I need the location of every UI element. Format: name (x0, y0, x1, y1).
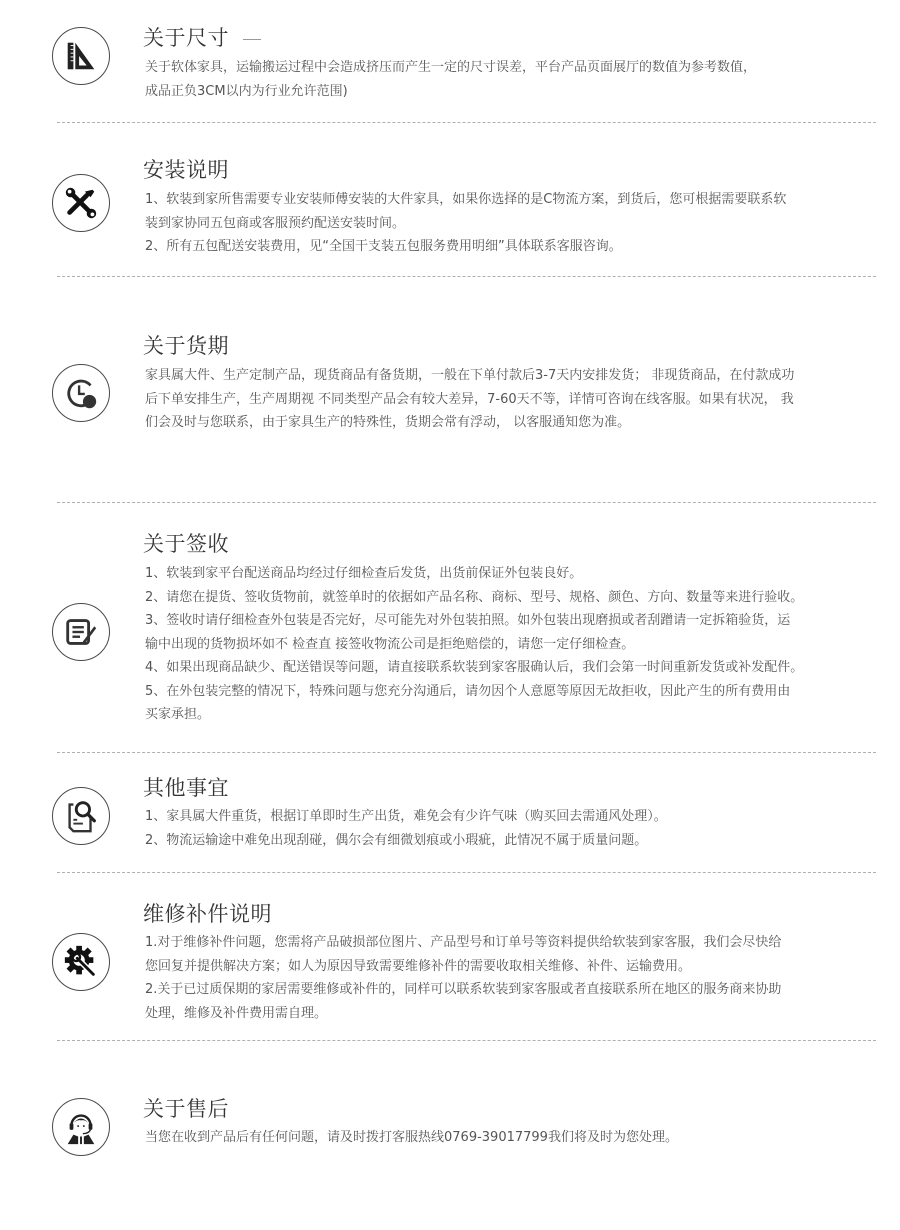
section-body: 当您在收到产品后有任何问题，请及时拨打客服热线0769-39017799我们将及… (145, 1126, 880, 1150)
body-line: 关于软体家具，运输搬运过程中会造成挤压而产生一定的尺寸误差，平台产品页面展厅的数… (145, 56, 880, 80)
body-line: 1、软装到家所售需要专业安装师傅安装的大件家具，如果你选择的是C物流方案，到货后… (145, 188, 880, 212)
body-line: 2、所有五包配送安装费用，见“全国干支装五包服务费用明细”具体联系客服咨询。 (145, 235, 880, 259)
divider (57, 872, 876, 873)
section-title: 关于签收 (143, 528, 229, 558)
body-line: 们会及时与您联系，由于家具生产的特殊性，货期会常有浮动， 以客服通知您为准。 (145, 411, 880, 435)
body-line: 成品正负3CM以内为行业允许范围) (145, 80, 880, 104)
section-body: 家具属大件、生产定制产品，现货商品有备货期，一般在下单付款后3-7天内安排发货；… (145, 364, 880, 435)
body-line: 1.对于维修补件问题，您需将产品破损部位图片、产品型号和订单号等资料提供给软装到… (145, 931, 880, 955)
clock-icon (52, 364, 110, 422)
body-line: 5、在外包装完整的情况下，特殊问题与您充分沟通后，请勿因个人意愿等原因无故拒收，… (145, 680, 880, 704)
wrench-screwdriver-icon (52, 174, 110, 232)
ruler-triangle-icon (52, 27, 110, 85)
body-line: 1、软装到家平台配送商品均经过仔细检查后发货，出货前保证外包装良好。 (145, 562, 880, 586)
divider (57, 502, 876, 503)
section-title: 维修补件说明 (143, 898, 272, 928)
divider (57, 1040, 876, 1041)
body-line: 后下单安排生产，生产周期视 不同类型产品会有较大差异，7-60天不等，详情可咨询… (145, 388, 880, 412)
section-body: 1、家具属大件重货，根据订单即时生产出货，难免会有少许气味（购买回去需通风处理）… (145, 805, 880, 852)
section-title: 其他事宜 (143, 772, 229, 802)
divider (57, 122, 876, 123)
body-line: 4、如果出现商品缺少、配送错误等问题，请直接联系软装到家客服确认后，我们会第一时… (145, 656, 880, 680)
document-edit-icon (52, 603, 110, 661)
body-line: 2、物流运输途中难免出现刮碰，偶尔会有细微划痕或小瑕疵，此情况不属于质量问题。 (145, 829, 880, 853)
body-line: 1、家具属大件重货，根据订单即时生产出货，难免会有少许气味（购买回去需通风处理）… (145, 805, 880, 829)
body-line: 买家承担。 (145, 703, 880, 727)
body-line: 处理，维修及补件费用需自理。 (145, 1002, 880, 1026)
body-line: 您回复并提供解决方案；如人为原因导致需要维修补件的需要收取相关维修、补件、运输费… (145, 955, 880, 979)
body-line: 输中出现的货物损坏如不 检查直 接签收物流公司是拒绝赔偿的，请您一定仔细检查。 (145, 633, 880, 657)
body-line: 装到家协同五包商或客服预约配送安装时间。 (145, 212, 880, 236)
body-line: 2、请您在提货、签收货物前，就签单时的依据如产品名称、商标、型号、规格、颜色、方… (145, 586, 880, 610)
divider (57, 276, 876, 277)
section-body: 1、软装到家平台配送商品均经过仔细检查后发货，出货前保证外包装良好。 2、请您在… (145, 562, 880, 727)
title-dash (243, 39, 261, 40)
section-title: 关于尺寸 (143, 22, 261, 52)
body-line: 家具属大件、生产定制产品，现货商品有备货期，一般在下单付款后3-7天内安排发货；… (145, 364, 880, 388)
body-line: 2.关于已过质保期的家居需要维修或补件的，同样可以联系软装到家客服或者直接联系所… (145, 978, 880, 1002)
body-line: 当您在收到产品后有任何问题，请及时拨打客服热线0769-39017799我们将及… (145, 1126, 880, 1150)
gear-wrench-icon (52, 933, 110, 991)
section-body: 1、软装到家所售需要专业安装师傅安装的大件家具，如果你选择的是C物流方案，到货后… (145, 188, 880, 259)
section-title: 关于货期 (143, 330, 229, 360)
section-title: 安装说明 (143, 154, 229, 184)
section-title: 关于售后 (143, 1093, 229, 1123)
customer-service-icon (52, 1098, 110, 1156)
section-body: 1.对于维修补件问题，您需将产品破损部位图片、产品型号和订单号等资料提供给软装到… (145, 931, 880, 1025)
section-body: 关于软体家具，运输搬运过程中会造成挤压而产生一定的尺寸误差，平台产品页面展厅的数… (145, 56, 880, 103)
divider (57, 752, 876, 753)
document-search-icon (52, 787, 110, 845)
body-line: 3、签收时请仔细检查外包装是否完好，尽可能先对外包装拍照。如外包装出现磨损或者刮… (145, 609, 880, 633)
